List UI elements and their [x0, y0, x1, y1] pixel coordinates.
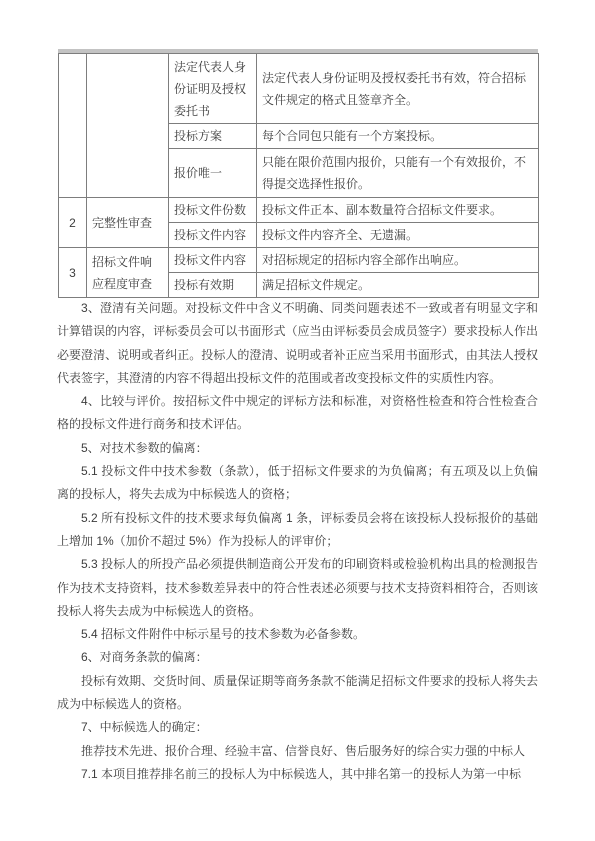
cell-check-item: 投标有效期: [169, 273, 257, 298]
clause-7-1-paragraph: 7.1 本项目推荐排名前三的投标人为中标候选人，其中排名第一的投标人为第一中标: [57, 763, 538, 786]
cell-check-standard: 只能在限价范围内报价，只能有一个有效报价，不得提交选择性报价。: [257, 149, 539, 198]
body-text-block: 3、澄清有关问题。对投标文件中含义不明确、同类问题表述不一致或者有明显文字和计算…: [57, 297, 538, 786]
cell-check-standard: 投标文件正本、副本数量符合招标文件要求。: [257, 198, 539, 223]
cell-check-item: 投标文件内容: [169, 248, 257, 273]
document-page: 法定代表人身份证明及授权委托书 法定代表人身份证明及授权委托书有效，符合招标文件…: [0, 0, 595, 841]
table-row: 3 招标文件响应程度审查 投标文件内容 对招标规定的招标内容全部作出响应。: [59, 248, 539, 273]
cell-category: [87, 54, 169, 198]
review-table-container: 法定代表人身份证明及授权委托书 法定代表人身份证明及授权委托书有效，符合招标文件…: [58, 49, 538, 298]
cell-category: 招标文件响应程度审查: [87, 248, 169, 298]
clause-7-body-paragraph: 推荐技术先进、报价合理、经验丰富、信誉良好、售后服务好的综合实力强的中标人: [57, 740, 538, 763]
cell-check-standard: 对招标规定的招标内容全部作出响应。: [257, 248, 539, 273]
review-table: 法定代表人身份证明及授权委托书 法定代表人身份证明及授权委托书有效，符合招标文件…: [58, 53, 539, 298]
cell-check-item: 投标文件份数: [169, 198, 257, 223]
clause-5-3-paragraph: 5.3 投标人的所投产品必须提供制造商公开发布的印刷资料或检验机构出具的检测报告…: [57, 553, 538, 623]
cell-check-item: 投标方案: [169, 124, 257, 149]
clause-6-body-paragraph: 投标有效期、交货时间、质量保证期等商务条款不能满足招标文件要求的投标人将失去成为…: [57, 670, 538, 717]
cell-check-item: 报价唯一: [169, 149, 257, 198]
table-row: 法定代表人身份证明及授权委托书 法定代表人身份证明及授权委托书有效，符合招标文件…: [59, 54, 539, 124]
cell-seq-no: 3: [59, 248, 87, 298]
cell-check-item: 投标文件内容: [169, 223, 257, 248]
cell-seq-no: [59, 54, 87, 198]
clause-5-heading: 5、对技术参数的偏离：: [57, 437, 538, 460]
clause-5-1-paragraph: 5.1 投标文件中技术参数（条款），低于招标文件要求的为负偏离；有五项及以上负偏…: [57, 460, 538, 507]
clause-3-paragraph: 3、澄清有关问题。对投标文件中含义不明确、同类问题表述不一致或者有明显文字和计算…: [57, 297, 538, 390]
cell-category: 完整性审查: [87, 198, 169, 248]
clause-5-2-paragraph: 5.2 所有投标文件的技术要求每负偏离 1 条，评标委员会将在该投标人投标报价的…: [57, 507, 538, 554]
table-row: 2 完整性审查 投标文件份数 投标文件正本、副本数量符合招标文件要求。: [59, 198, 539, 223]
cell-seq-no: 2: [59, 198, 87, 248]
clause-7-heading: 7、中标候选人的确定：: [57, 716, 538, 739]
cell-check-standard: 每个合同包只能有一个方案投标。: [257, 124, 539, 149]
cell-check-standard: 法定代表人身份证明及授权委托书有效，符合招标文件规定的格式且签章齐全。: [257, 54, 539, 124]
cell-check-standard: 投标文件内容齐全、无遗漏。: [257, 223, 539, 248]
clause-5-4-paragraph: 5.4 招标文件附件中标示星号的技术参数为必备参数。: [57, 623, 538, 646]
clause-6-heading: 6、对商务条款的偏离：: [57, 646, 538, 669]
clause-4-paragraph: 4、比较与评价。按招标文件中规定的评标方法和标准，对资格性检查和符合性检查合格的…: [57, 390, 538, 437]
cell-check-standard: 满足招标文件规定。: [257, 273, 539, 298]
cell-check-item: 法定代表人身份证明及授权委托书: [169, 54, 257, 124]
